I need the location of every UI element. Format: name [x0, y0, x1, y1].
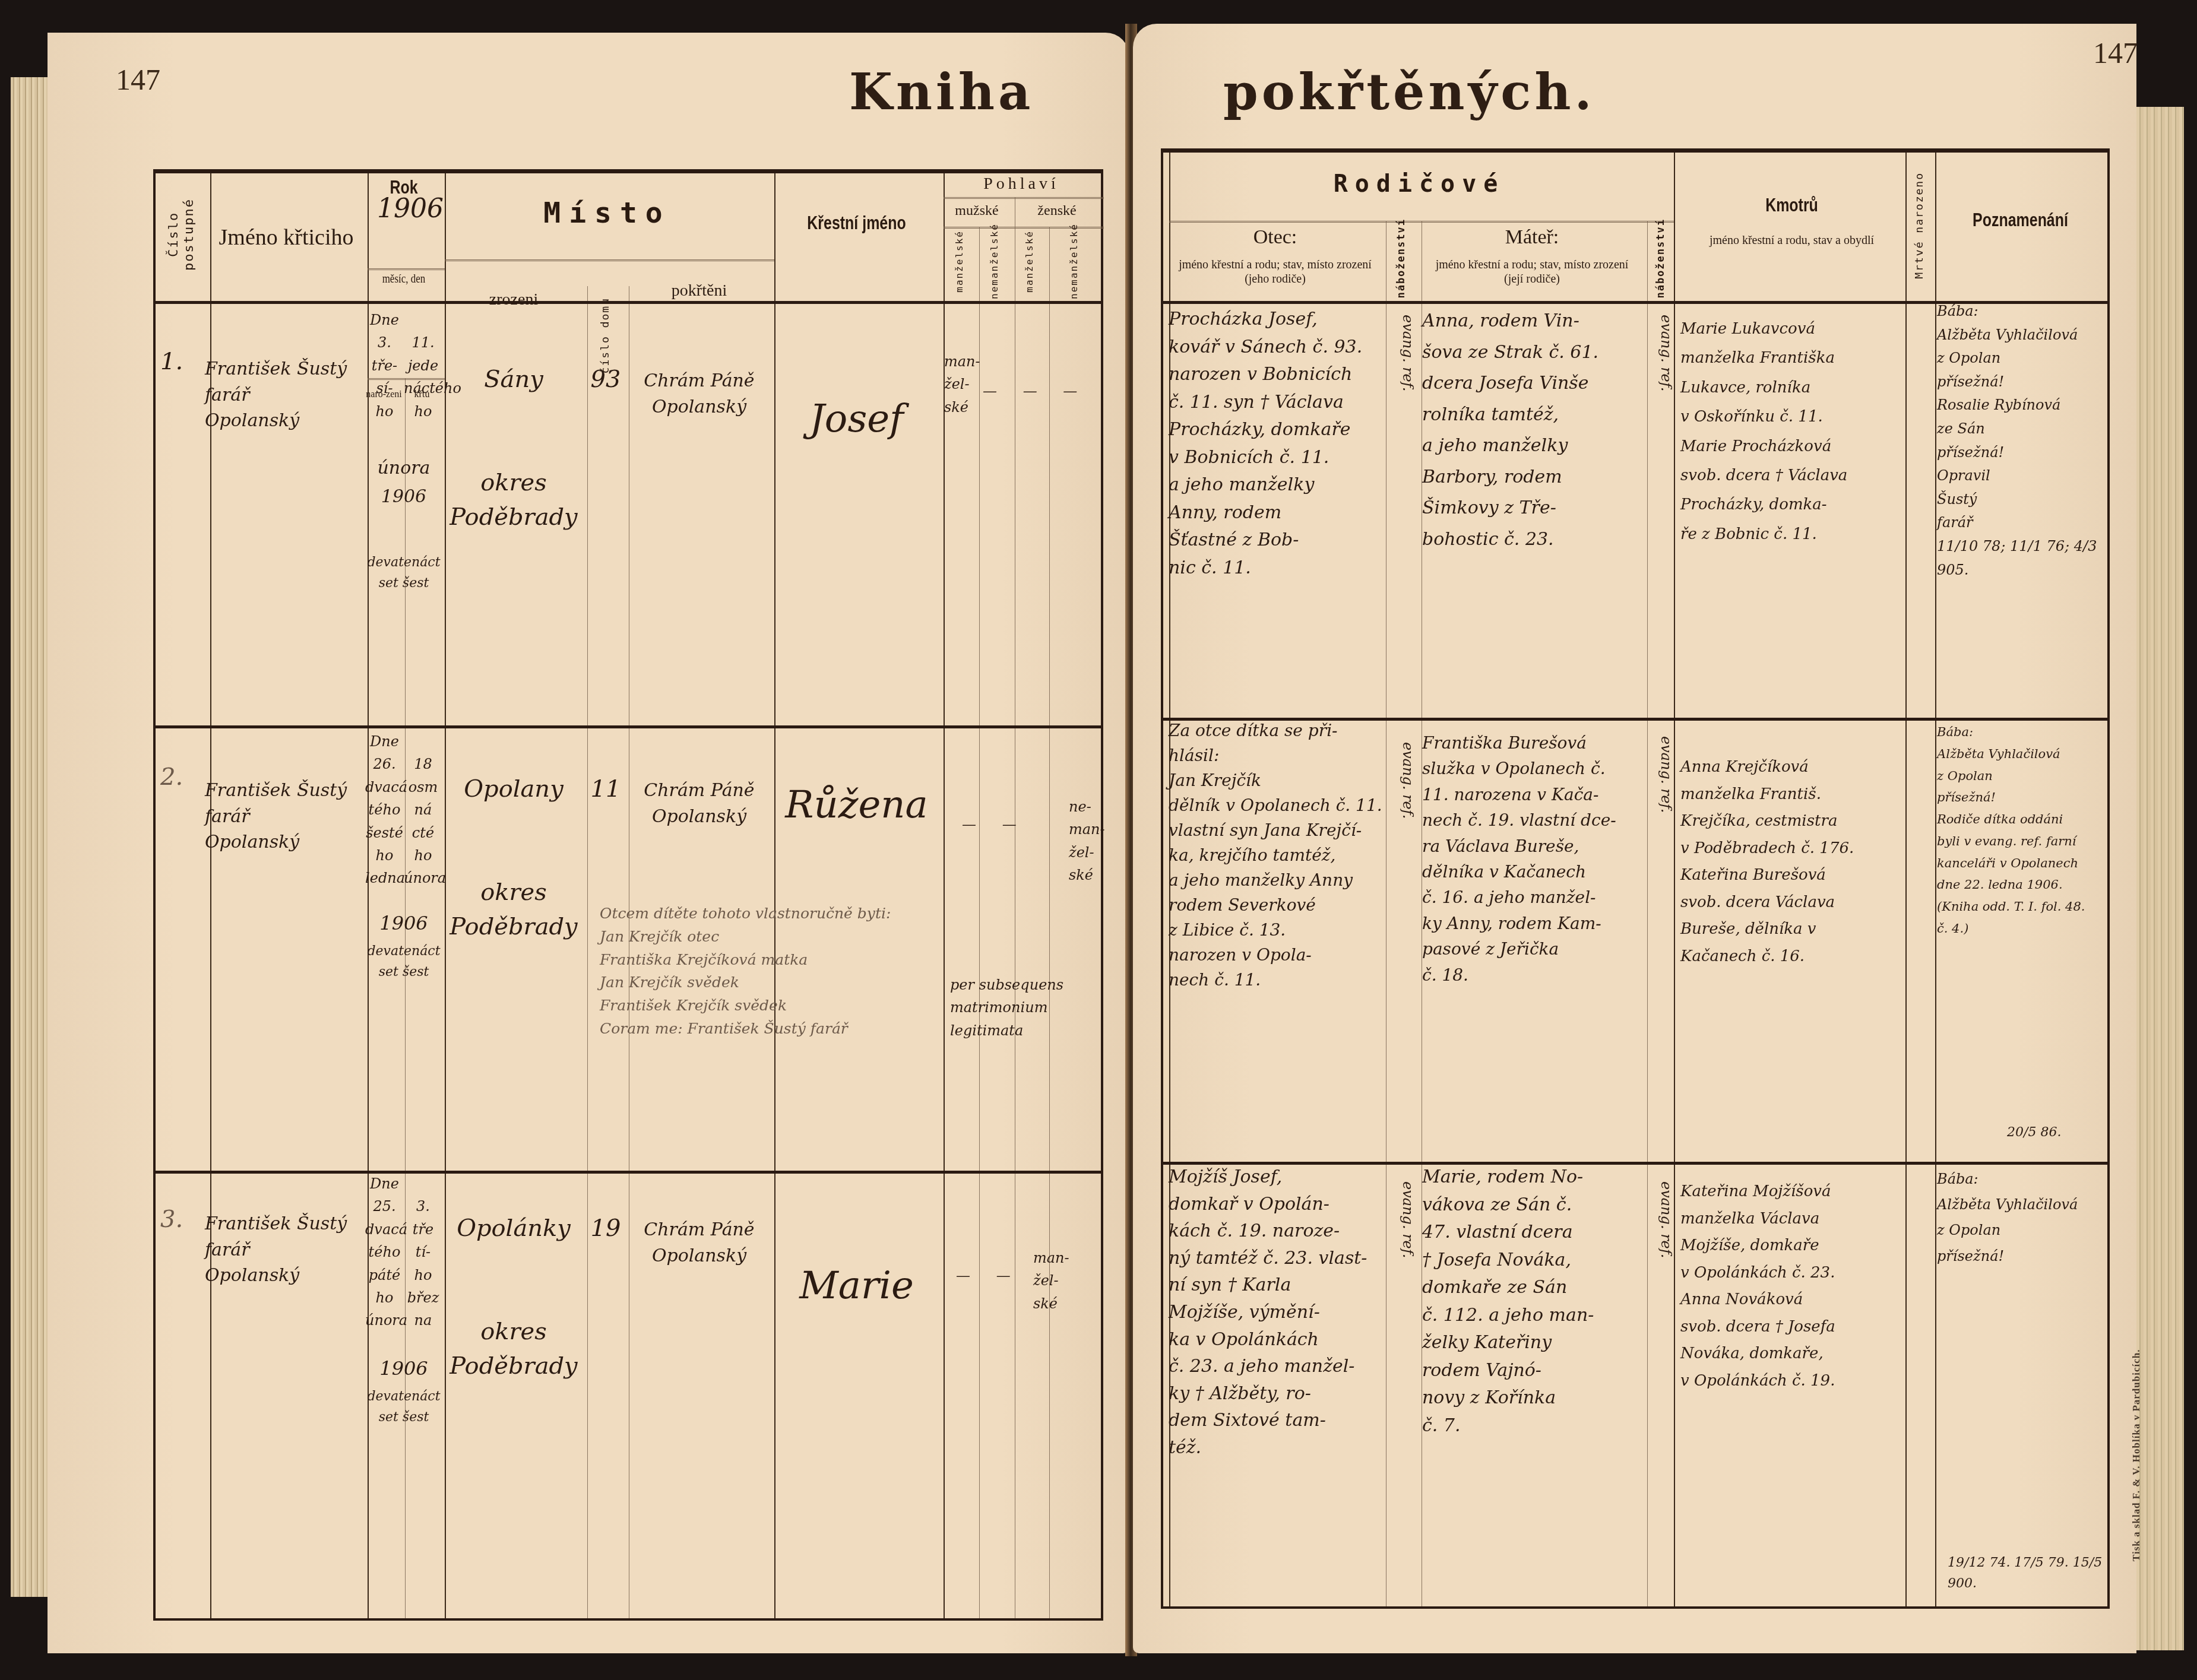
house-number: 11: [585, 772, 626, 806]
header-cislo-postupne: Číslo postupné: [156, 172, 208, 297]
baptizer-name: František Šustý farář Opolanský: [205, 778, 365, 855]
baptism-day: 11. jede náctého ho: [404, 309, 442, 423]
godparents: Kateřina Mojžíšová manželka Václava Mojž…: [1680, 1178, 1906, 1394]
page-number-right: 147: [2093, 36, 2138, 70]
remarks-footer: 20/5 86.: [2007, 1122, 2096, 1143]
gender-legitimacy: man- žel- ské: [1033, 1247, 1069, 1315]
printer-imprint: Tisk a sklad F. & V. Hoblíka v Pardubicí…: [2130, 1324, 2142, 1561]
father-religion: evang. ref.: [1386, 1181, 1419, 1258]
header-zenske: ženské: [1012, 199, 1101, 223]
header-pohlavi: Pohlaví: [941, 172, 1101, 196]
christian-name: Marie: [772, 1259, 941, 1314]
father-details: Mojžíš Josef, domkař v Opolán- kách č. 1…: [1169, 1164, 1385, 1462]
gender-dashes: — — —: [983, 380, 1101, 402]
birth-day: Dne 25. dvacá tého páté ho února: [365, 1172, 404, 1332]
header-misto: Místo: [442, 175, 772, 252]
header-kmotru: Kmotrů: [1702, 187, 1881, 223]
mother-religion: evang. ref.: [1648, 1181, 1677, 1258]
godparents: Marie Lukavcová manželka Františka Lukav…: [1680, 315, 1906, 549]
mother-religion: evang. ref.: [1648, 315, 1677, 391]
month-year: 1906: [365, 908, 442, 939]
remarks: Bába: Alžběta Vyhlačilová z Opolan příse…: [1937, 1167, 2106, 1269]
book-page-edges-right: [2136, 107, 2184, 1650]
birth-day: Dne 26. dvacá tého šesté ho ledna: [365, 730, 404, 890]
gender-legitimacy: ne- man- žel- ské: [1069, 795, 1101, 887]
baptism-place: Chrám Páně Opolanský: [626, 778, 772, 829]
birth-day: Dne 3. tře- sí- ho: [365, 309, 404, 423]
christian-name: Josef: [772, 392, 941, 447]
header-mater-nabozenstvi: náboženství: [1645, 220, 1677, 297]
header-otec: Otec:: [1167, 223, 1384, 252]
year-in-words: devatenáct set šest: [359, 552, 448, 594]
baptism-day: 3. tře tí- ho břez na: [404, 1172, 442, 1332]
remarks: Bába: Alžběta Vyhlačilová z Opolan příse…: [1937, 721, 2106, 940]
header-zenske-nemanzelske: nemanželské: [1047, 226, 1101, 297]
header-rodicove: Rodičové: [1167, 151, 1672, 217]
father-details: Za otce dítka se při- hlásil: Jan Krejčí…: [1169, 718, 1385, 993]
header-muzske: mužské: [941, 199, 1012, 223]
gender-legitimacy: man- žel- ské: [944, 350, 980, 419]
page-title-left: Kniha: [849, 62, 1034, 121]
header-otec-description: jméno křestní a rodu; stav, místo zrozen…: [1173, 249, 1378, 294]
header-mesic-den: měsíc, den: [372, 264, 435, 294]
header-kmotru-description: jméno křestní a rodu, stav a obydlí: [1689, 220, 1894, 261]
mother-religion: evang. ref.: [1648, 736, 1677, 813]
mother-details: Františka Burešová služka v Opolanech č.…: [1422, 730, 1645, 988]
gender-dashes: — —: [956, 1264, 1033, 1287]
header-mater: Máteř:: [1419, 223, 1645, 252]
rok-value: 1906: [377, 190, 444, 228]
father-religion: evang. ref.: [1386, 742, 1419, 819]
mother-details: Marie, rodem No- vákova ze Sán č. 47. vl…: [1422, 1164, 1645, 1440]
page-number-left: 147: [116, 62, 160, 97]
year-in-words: devatenáct set šest: [359, 941, 448, 982]
page-title-right: pokřtěných.: [1223, 62, 1595, 121]
remarks-footer: 19/12 74. 17/5 79. 15/5 900.: [1948, 1552, 2114, 1594]
baptism-day: 18 osm ná cté ho února: [404, 730, 442, 890]
entry-number: 2.: [160, 760, 183, 794]
header-pokrteni: pokřtěni: [626, 270, 772, 312]
father-religion: evang. ref.: [1386, 315, 1419, 391]
gender-dashes: — —: [962, 813, 1051, 836]
header-muzske-manzelske: manželské: [942, 226, 977, 297]
baptizer-name: František Šustý farář Opolanský: [205, 1211, 365, 1289]
header-mater-description: jméno křestní a rodu; stav, místo zrozen…: [1425, 249, 1639, 294]
header-otec-nabozenstvi: náboženství: [1384, 220, 1419, 297]
header-poznamenani: Poznamenání: [1952, 202, 2088, 237]
mother-details: Anna, rodem Vin- šova ze Strak č. 61. dc…: [1422, 306, 1645, 555]
baptism-place: Chrám Páně Opolanský: [626, 1217, 772, 1269]
header-muzske-nemanzelske: nemanželské: [977, 226, 1012, 297]
baptism-place: Chrám Páně Opolanský: [626, 368, 772, 420]
birth-place: Sány okres Poděbrady: [442, 362, 585, 534]
birth-place: Opolánky okres Poděbrady: [442, 1211, 585, 1383]
godparents: Anna Krejčíková manželka Františ. Krejčí…: [1680, 754, 1906, 970]
book-page-edges-left: [11, 77, 48, 1597]
house-number: 93: [585, 362, 626, 397]
baptizer-name: František Šustý farář Opolanský: [205, 356, 365, 434]
remarks: Bába: Alžběta Vyhlačilová z Opolan příse…: [1937, 300, 2106, 582]
father-details: Procházka Josef, kovář v Sánech č. 93. n…: [1169, 306, 1385, 582]
header-krestni-jmeno: Křestní jméno: [790, 202, 922, 243]
month-year: února 1906: [365, 454, 442, 511]
entry-number: 1.: [160, 344, 183, 379]
month-year: 1906: [365, 1353, 442, 1384]
header-jmeno-krticiho: Jméno křticiho: [209, 202, 363, 273]
header-zrozeni: zrozeni: [442, 279, 585, 321]
legitimation-note: per subsequens matrimonium legitimata: [950, 974, 1101, 1042]
house-number: 19: [585, 1211, 626, 1245]
christian-name: Růžena: [772, 778, 941, 833]
header-mrtve-narozeno: Mrtvé narozeno: [1906, 160, 1933, 291]
paternity-declaration: Otcem dítěte tohoto vlastnoručně byti: J…: [600, 902, 968, 1041]
year-in-words: devatenáct set šest: [359, 1386, 448, 1428]
entry-number: 3.: [160, 1202, 183, 1237]
birth-place: Opolany okres Poděbrady: [442, 772, 585, 944]
header-zenske-manzelske: manželské: [1012, 226, 1047, 297]
